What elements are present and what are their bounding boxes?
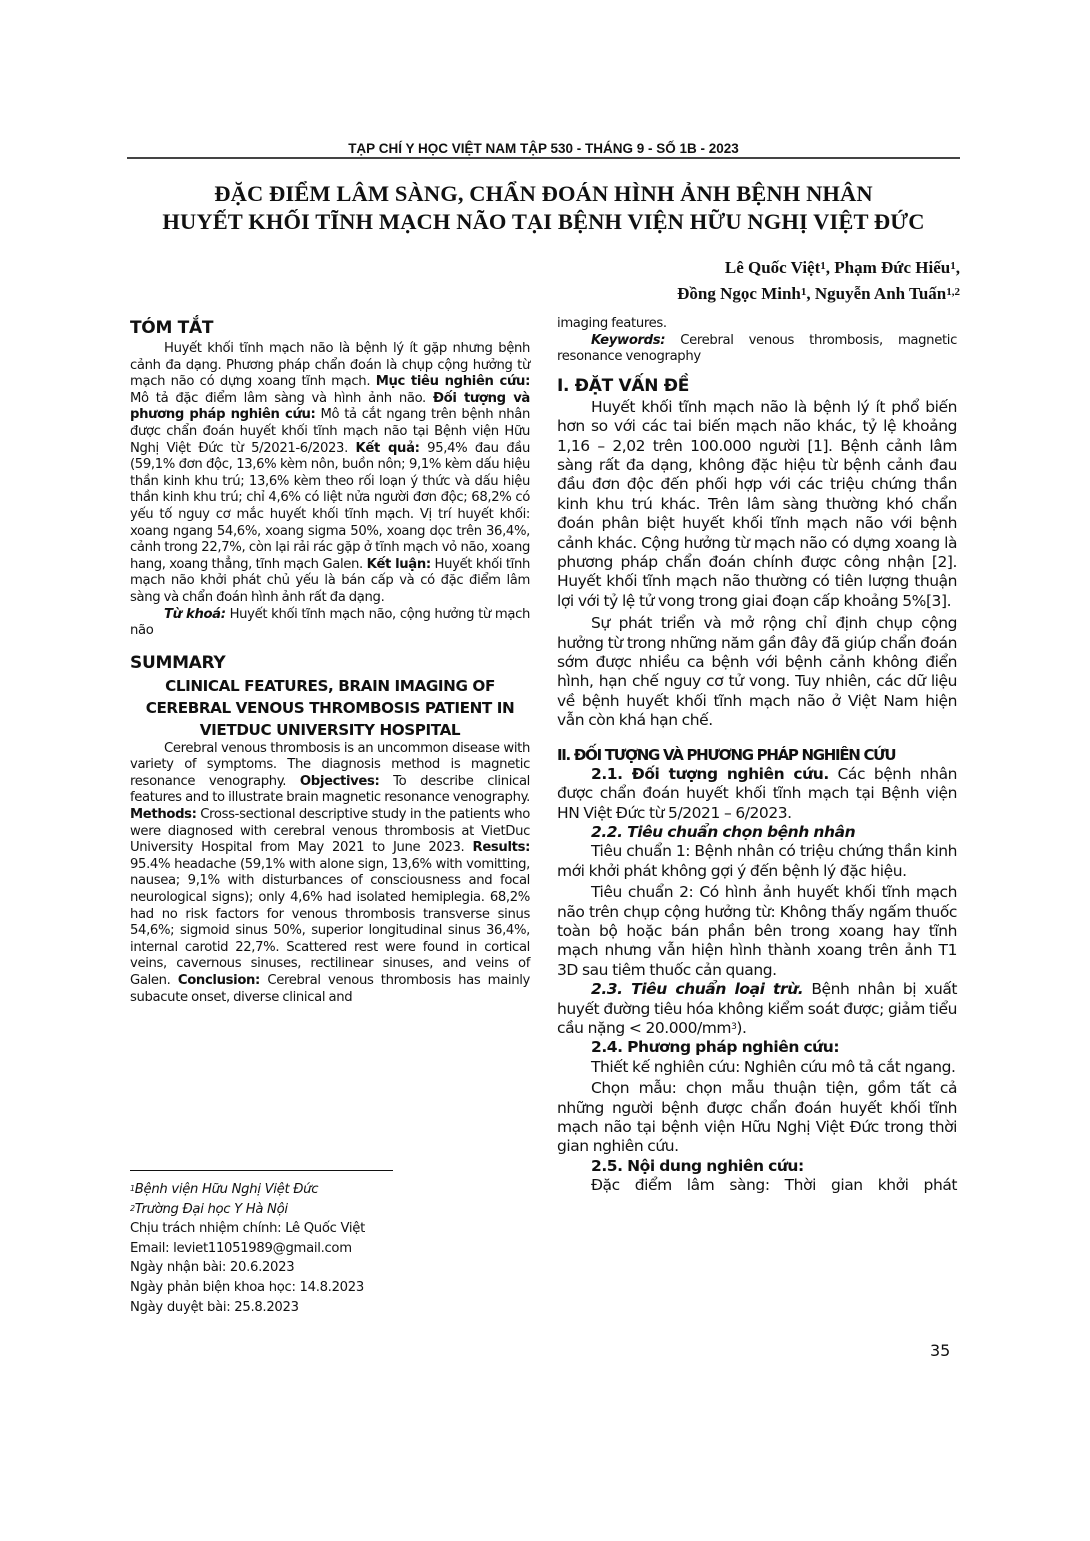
affiliation-2: 2Trường Đại học Y Hà Nội (130, 1200, 530, 1220)
abstract-en-heading: SUMMARY (130, 653, 530, 673)
article-title: ĐẶC ĐIỂM LÂM SÀNG, CHẨN ĐOÁN HÌNH ẢNH BỆ… (127, 180, 960, 236)
section-2-heading: II. ĐỐI TƯỢNG VÀ PHƯƠNG PHÁP NGHIÊN CỨU (557, 745, 957, 765)
abstract-en-title: CLINICAL FEATURES, BRAIN IMAGING OF CERE… (130, 675, 530, 741)
author-name: Lê Quốc Việt (725, 258, 820, 277)
sampling: Chọn mẫu: chọn mẫu thuận tiện, gồm tất c… (557, 1079, 957, 1157)
study-design: Thiết kế nghiên cứu: Nghiên cứu mô tả cắ… (557, 1058, 957, 1077)
footnote-rule (130, 1170, 393, 1171)
abstract-en-continuation: imaging features. (557, 316, 957, 333)
section-2-4-heading: 2.4. Phương pháp nghiên cứu: (557, 1038, 957, 1057)
abstract-vi-body: Huyết khối tĩnh mạch não là bệnh lý ít g… (130, 341, 530, 607)
author-affiliation: 1 (820, 260, 826, 272)
section-2-5-heading: 2.5. Nội dung nghiên cứu: (557, 1157, 957, 1176)
page-number: 35 (930, 1341, 950, 1360)
section-2-1: 2.1. Đối tượng nghiên cứu. Các bệnh nhân… (557, 765, 957, 823)
author-name: Phạm Đức Hiếu (834, 258, 950, 277)
section-1-paragraph-2: Sự phát triển và mở rộng chỉ định chụp c… (557, 614, 957, 730)
abstract-en-body: Cerebral venous thrombosis is an uncommo… (130, 741, 530, 1007)
running-head: TẠP CHÍ Y HỌC VIỆT NAM TẬP 530 - THÁNG 9… (127, 141, 960, 156)
criterion-2: Tiêu chuẩn 2: Có hình ảnh huyết khối tĩn… (557, 883, 957, 980)
author-line-2: Đồng Ngọc Minh1, Nguyễn Anh Tuấn1,2 (677, 281, 960, 307)
title-line-2: HUYẾT KHỐI TĨNH MẠCH NÃO TẠI BỆNH VIỆN H… (127, 208, 960, 236)
section-2-3: 2.3. Tiêu chuẩn loại trừ. Bệnh nhân bị x… (557, 980, 957, 1038)
title-line-1: ĐẶC ĐIỂM LÂM SÀNG, CHẨN ĐOÁN HÌNH ẢNH BỆ… (127, 180, 960, 208)
abstract-vi-keywords: Từ khoá: Huyết khối tĩnh mạch não, cộng … (130, 607, 530, 640)
abstract-vi-heading: TÓM TẮT (130, 318, 530, 338)
header-rule (127, 157, 960, 159)
corresponding-author: Chịu trách nhiệm chính: Lê Quốc Việt (130, 1219, 530, 1239)
author-affiliation: 1 (950, 260, 956, 272)
email[interactable]: Email: leviet11051989@gmail.com (130, 1239, 530, 1259)
author-line-1: Lê Quốc Việt1, Phạm Đức Hiếu1, (677, 255, 960, 281)
author-affiliation: 1,2 (946, 286, 960, 298)
reviewed-date: Ngày phản biện khoa học: 14.8.2023 (130, 1278, 530, 1298)
left-column: TÓM TẮT Huyết khối tĩnh mạch não là bệnh… (130, 318, 530, 1006)
received-date: Ngày nhận bài: 20.6.2023 (130, 1258, 530, 1278)
section-1-paragraph-1: Huyết khối tĩnh mạch não là bệnh lý ít p… (557, 398, 957, 611)
affiliation-1: 1Bệnh viện Hữu Nghị Việt Đức (130, 1180, 530, 1200)
author-affiliation: 1 (801, 286, 807, 298)
author-list: Lê Quốc Việt1, Phạm Đức Hiếu1, Đồng Ngọc… (677, 255, 960, 307)
author-name: Nguyễn Anh Tuấn (815, 284, 946, 303)
section-2-2-heading: 2.2. Tiêu chuẩn chọn bệnh nhân (557, 823, 957, 842)
section-1-heading: I. ĐẶT VẤN ĐỀ (557, 376, 957, 396)
footnotes: 1Bệnh viện Hữu Nghị Việt Đức 2Trường Đại… (130, 1180, 530, 1317)
section-2-5-text: Đặc điểm lâm sàng: Thời gian khởi phát (557, 1176, 957, 1195)
accepted-date: Ngày duyệt bài: 25.8.2023 (130, 1298, 530, 1318)
author-name: Đồng Ngọc Minh (677, 284, 801, 303)
abstract-en-keywords: Keywords: Cerebral venous thrombosis, ma… (557, 333, 957, 366)
criterion-1: Tiêu chuẩn 1: Bệnh nhân có triệu chứng t… (557, 842, 957, 881)
right-column: imaging features. Keywords: Cerebral ven… (557, 316, 957, 1196)
